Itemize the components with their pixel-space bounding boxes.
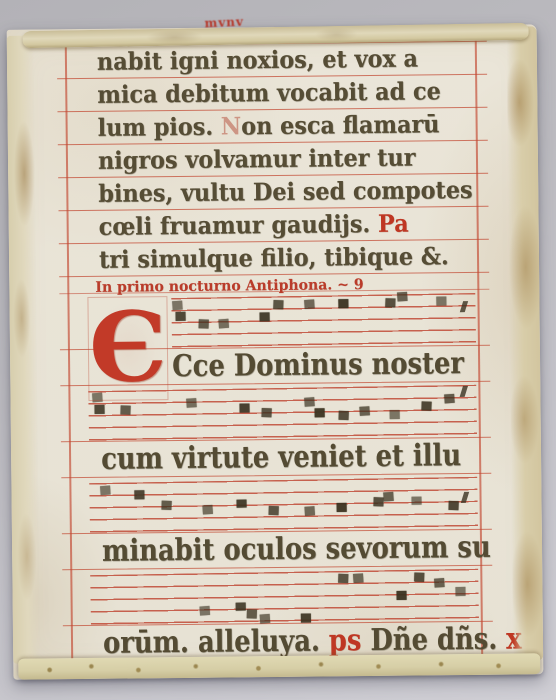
hymn-line: bines, vultu Dei sed compotes xyxy=(58,173,488,211)
neume xyxy=(449,501,459,510)
text-segment: cœli fruamur gaudijs. xyxy=(99,209,379,241)
hymn-line: cœli fruamur gaudijs. Pa xyxy=(59,206,489,244)
neume xyxy=(202,505,213,514)
neume xyxy=(411,496,421,505)
neume xyxy=(198,320,208,329)
neume xyxy=(359,406,370,415)
initial-e-glyph: Є xyxy=(88,297,169,398)
chant-staff xyxy=(90,569,479,625)
neume xyxy=(247,609,257,618)
neume xyxy=(260,313,270,322)
neume xyxy=(397,591,407,600)
hymn-line-text: mica debitum vocabit ad ce xyxy=(97,76,441,110)
text-segment: lum pios. xyxy=(97,112,220,142)
neume xyxy=(338,573,348,582)
hymn-line-text: bines, vultu Dei sed compotes xyxy=(98,175,473,209)
neume xyxy=(437,297,447,306)
text-segment: mica debitum vocabit ad ce xyxy=(97,76,441,109)
neume xyxy=(236,602,246,611)
hymn-line-text: lum pios. Non esca flamarū xyxy=(97,109,439,143)
hymn-line-text: nigros volvamur inter tur xyxy=(98,143,416,176)
neume xyxy=(262,408,272,417)
manuscript-photo: mvnv nabit igni noxios, et vox amica deb… xyxy=(0,0,556,700)
text-segment: nigros volvamur inter tur xyxy=(98,143,416,175)
chant-staff xyxy=(89,477,478,533)
neume xyxy=(239,404,249,413)
neume xyxy=(304,506,315,515)
neume xyxy=(236,499,246,508)
neume xyxy=(219,319,230,328)
hymn-line-text: nabit igni noxios, et vox a xyxy=(97,43,418,76)
leaf-right-fold-edge xyxy=(507,26,544,660)
custos-mark xyxy=(460,301,468,312)
text-segment: Cce Dominus noster xyxy=(172,346,464,384)
text-segment: nabit igni noxios, et vox a xyxy=(97,43,418,75)
hymn-line-text: tri simulque filio, tibique &. xyxy=(99,241,449,275)
neume xyxy=(421,402,431,411)
neume xyxy=(414,572,424,581)
text-segment: ps xyxy=(329,623,362,658)
chant-staff-row xyxy=(62,566,493,625)
neume xyxy=(273,300,283,309)
chant-lyric-line: cum virtute veniet et illu xyxy=(61,437,491,479)
neume xyxy=(455,587,465,596)
chant-lyric-line: minabit oculos sevorum su xyxy=(62,529,492,571)
text-segment: tri simulque filio, tibique &. xyxy=(99,241,449,274)
chant-lyric-line-text: cum virtute veniet et illu xyxy=(101,438,461,477)
neume xyxy=(186,398,197,407)
neume xyxy=(268,506,278,515)
hymn-line: lum pios. Non esca flamarū xyxy=(57,107,487,145)
neume xyxy=(175,312,185,321)
neume xyxy=(94,405,104,414)
neume xyxy=(173,301,184,310)
ruled-writing-area: nabit igni noxios, et vox amica debitum … xyxy=(57,41,493,665)
neume xyxy=(336,503,346,512)
neume xyxy=(338,299,348,308)
text-segment: minabit oculos sevorum su xyxy=(102,530,491,569)
neume xyxy=(434,578,445,587)
neume xyxy=(300,614,310,623)
chant-staff xyxy=(171,293,476,348)
leaf-bottom-fold-edge xyxy=(18,653,540,679)
chant-staff-row xyxy=(61,474,492,533)
neume xyxy=(305,398,316,407)
manuscript-leaf: mvnv nabit igni noxios, et vox amica deb… xyxy=(7,24,544,680)
text-segment: Dñe dñs. xyxy=(361,622,506,659)
hymn-line: tri simulque filio, tibique &. xyxy=(59,239,489,277)
neume xyxy=(390,410,400,419)
neume xyxy=(161,500,171,509)
hymn-line: mica debitum vocabit ad ce xyxy=(57,74,487,112)
text-segment: bines, vultu Dei sed compotes xyxy=(98,175,473,208)
neume xyxy=(100,486,111,495)
neume xyxy=(304,300,315,309)
neume xyxy=(385,299,395,308)
leaf-left-fold-edge xyxy=(7,36,41,664)
neume xyxy=(120,406,130,415)
neume xyxy=(397,292,408,301)
neume xyxy=(444,394,455,403)
decorated-initial-e: Є xyxy=(87,296,168,401)
custos-mark xyxy=(460,492,468,503)
hymn-text-block: nabit igni noxios, et vox amica debitum … xyxy=(57,41,489,276)
neume xyxy=(200,606,211,615)
text-segment: cum virtute veniet et illu xyxy=(101,438,461,477)
neume xyxy=(353,573,364,582)
neume xyxy=(134,490,144,499)
text-segment: N xyxy=(221,111,242,140)
hymn-line: nigros volvamur inter tur xyxy=(58,140,488,178)
custos-mark xyxy=(459,386,467,397)
neume xyxy=(339,411,349,420)
text-segment: Pa xyxy=(378,209,409,238)
neume xyxy=(260,614,271,623)
text-segment: on esca flamarū xyxy=(241,109,440,140)
hymn-line-text: cœli fruamur gaudijs. Pa xyxy=(99,209,409,242)
neume xyxy=(383,492,394,501)
neume xyxy=(374,497,384,506)
chant-lyric-line-text: Cce Dominus noster xyxy=(172,346,464,384)
chant-lyric-line-text: minabit oculos sevorum su xyxy=(102,530,491,569)
neume xyxy=(314,408,324,417)
